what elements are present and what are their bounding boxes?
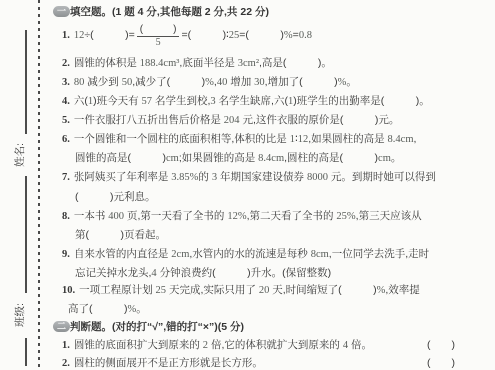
exam-paper-page: 姓名: 班级: 一 填空题。(1 题 4 分,其他每题 2 分,共 22 分) … bbox=[0, 0, 495, 370]
question-3: 3.80 减少到 50,减少了( )%,40 增加 30,增加了( )%。 bbox=[62, 75, 489, 89]
section-one-badge: 一 bbox=[53, 6, 70, 17]
question-10-line2: 高了( )%。 bbox=[68, 302, 489, 316]
question-text: 圆柱的侧面展开不是正方形就是长方形。 bbox=[74, 357, 263, 369]
question-8-line2: 第( )页看起。 bbox=[75, 228, 489, 242]
question-number: 9. bbox=[62, 249, 70, 260]
question-number: 2. bbox=[62, 58, 70, 69]
question-text: 一项工程原计划 25 天完成,实际只用了 20 天,时间缩短了( )%,效率提 bbox=[79, 284, 420, 296]
question-text: 80 减少到 50,减少了( )%,40 增加 30,增加了( )%。 bbox=[74, 76, 357, 88]
question-text: 圆锥的底面积扩大到原来的 2 倍,它的体积就扩大到原来的 4 倍。 bbox=[74, 339, 372, 351]
question-number: 5. bbox=[62, 115, 70, 126]
question-9-line1: 9.自来水管的内直径是 2cm,水管内的水的流速是每秒 8cm,一位同学去洗手,… bbox=[62, 247, 489, 261]
question-text: 一件衣服打八五折出售后价格是 204 元,这件衣服的原价是( )元。 bbox=[74, 114, 400, 126]
question-1-pre: 12÷( )= bbox=[74, 28, 135, 43]
question-text: 圆锥的体积是 188.4cm³,底面半径是 3cm²,高是( )。 bbox=[74, 57, 332, 69]
question-number: 1. bbox=[62, 340, 70, 351]
fraction-denominator: 5 bbox=[156, 37, 161, 48]
answer-brackets: ( ) bbox=[427, 356, 455, 370]
question-text: 忘记关掉水龙头,4 分钟浪费约( )升水。(保留整数) bbox=[75, 267, 331, 279]
question-number: 2. bbox=[62, 358, 70, 369]
question-text: 第( )页看起。 bbox=[75, 229, 166, 241]
question-number: 10. bbox=[62, 285, 75, 296]
section-two-title: 判断题。(对的打“√”,错的打“×”)(5 分) bbox=[70, 320, 489, 334]
name-field-label: 姓名: bbox=[13, 138, 27, 172]
question-text: ( )元利息。 bbox=[75, 191, 156, 203]
question-number: 3. bbox=[62, 77, 70, 88]
question-6-line1: 6.一个圆锥和一个圆柱的底面积相等,体积的比是 1∶12,如果圆柱的高是 8.4… bbox=[62, 132, 489, 146]
question-text: 六(1)班今天有 57 名学生到校,3 名学生缺席,六(1)班学生的出勤率是( … bbox=[74, 95, 430, 107]
question-text: 一本书 400 页,第一天看了全书的 12%,第二天看了全书的 25%,第三天应… bbox=[74, 210, 422, 222]
question-5: 5.一件衣服打八五折出售后价格是 204 元,这件衣服的原价是( )元。 bbox=[62, 113, 489, 127]
question-8-line1: 8.一本书 400 页,第一天看了全书的 12%,第二天看了全书的 25%,第三… bbox=[62, 209, 489, 223]
question-1: 1. 12÷( )= ( )5 =( )∶25=( )%=0.8 bbox=[62, 22, 489, 49]
question-7-line2: ( )元利息。 bbox=[75, 190, 489, 204]
question-text: 一个圆锥和一个圆柱的底面积相等,体积的比是 1∶12,如果圆柱的高是 8.4cm… bbox=[74, 133, 417, 145]
question-number: 7. bbox=[62, 172, 70, 183]
class-field-label: 班级: bbox=[13, 298, 27, 332]
fraction: ( )5 bbox=[137, 24, 180, 48]
question-number: 6. bbox=[62, 134, 70, 145]
question-text: 张阿姨买了年利率是 3.85%的 3 年期国家建设债券 8000 元。到期时她可… bbox=[74, 171, 436, 183]
margin-rule-bottom bbox=[25, 338, 27, 366]
answer-brackets: ( ) bbox=[427, 338, 455, 352]
question-number: 4. bbox=[62, 96, 70, 107]
question-4: 4.六(1)班今天有 57 名学生到校,3 名学生缺席,六(1)班学生的出勤率是… bbox=[62, 94, 489, 108]
question-number: 1. bbox=[62, 29, 70, 43]
binding-dashed-line bbox=[38, 0, 40, 370]
question-7-line1: 7.张阿姨买了年利率是 3.85%的 3 年期国家建设债券 8000 元。到期时… bbox=[62, 170, 489, 184]
question-1-post: =( )∶25=( )%=0.8 bbox=[181, 28, 312, 43]
question-2: 2.圆锥的体积是 188.4cm³,底面半径是 3cm²,高是( )。 bbox=[62, 56, 489, 70]
question-9-line2: 忘记关掉水龙头,4 分钟浪费约( )升水。(保留整数) bbox=[75, 266, 489, 280]
judgment-1: 1.圆锥的底面积扩大到原来的 2 倍,它的体积就扩大到原来的 4 倍。 ( ) bbox=[62, 338, 489, 352]
margin-rule-top bbox=[25, 30, 27, 134]
section-one-title: 填空题。(1 题 4 分,其他每题 2 分,共 22 分) bbox=[70, 5, 489, 19]
section-two-badge: 二 bbox=[53, 321, 70, 332]
margin-rule-middle bbox=[25, 176, 27, 293]
question-10-line1: 10.一项工程原计划 25 天完成,实际只用了 20 天,时间缩短了( )%,效… bbox=[62, 283, 489, 297]
question-text: 自来水管的内直径是 2cm,水管内的水的流速是每秒 8cm,一位同学去洗手,走时 bbox=[74, 248, 429, 260]
question-number: 8. bbox=[62, 211, 70, 222]
judgment-2: 2.圆柱的侧面展开不是正方形就是长方形。 ( ) bbox=[62, 356, 489, 370]
question-6-line2: 圆锥的高是( )cm;如果圆锥的高是 8.4cm,圆柱的高是( )cm。 bbox=[75, 151, 489, 165]
question-text: 高了( )%。 bbox=[68, 303, 147, 315]
question-text: 圆锥的高是( )cm;如果圆锥的高是 8.4cm,圆柱的高是( )cm。 bbox=[75, 152, 401, 164]
fraction-numerator: ( ) bbox=[137, 24, 180, 37]
